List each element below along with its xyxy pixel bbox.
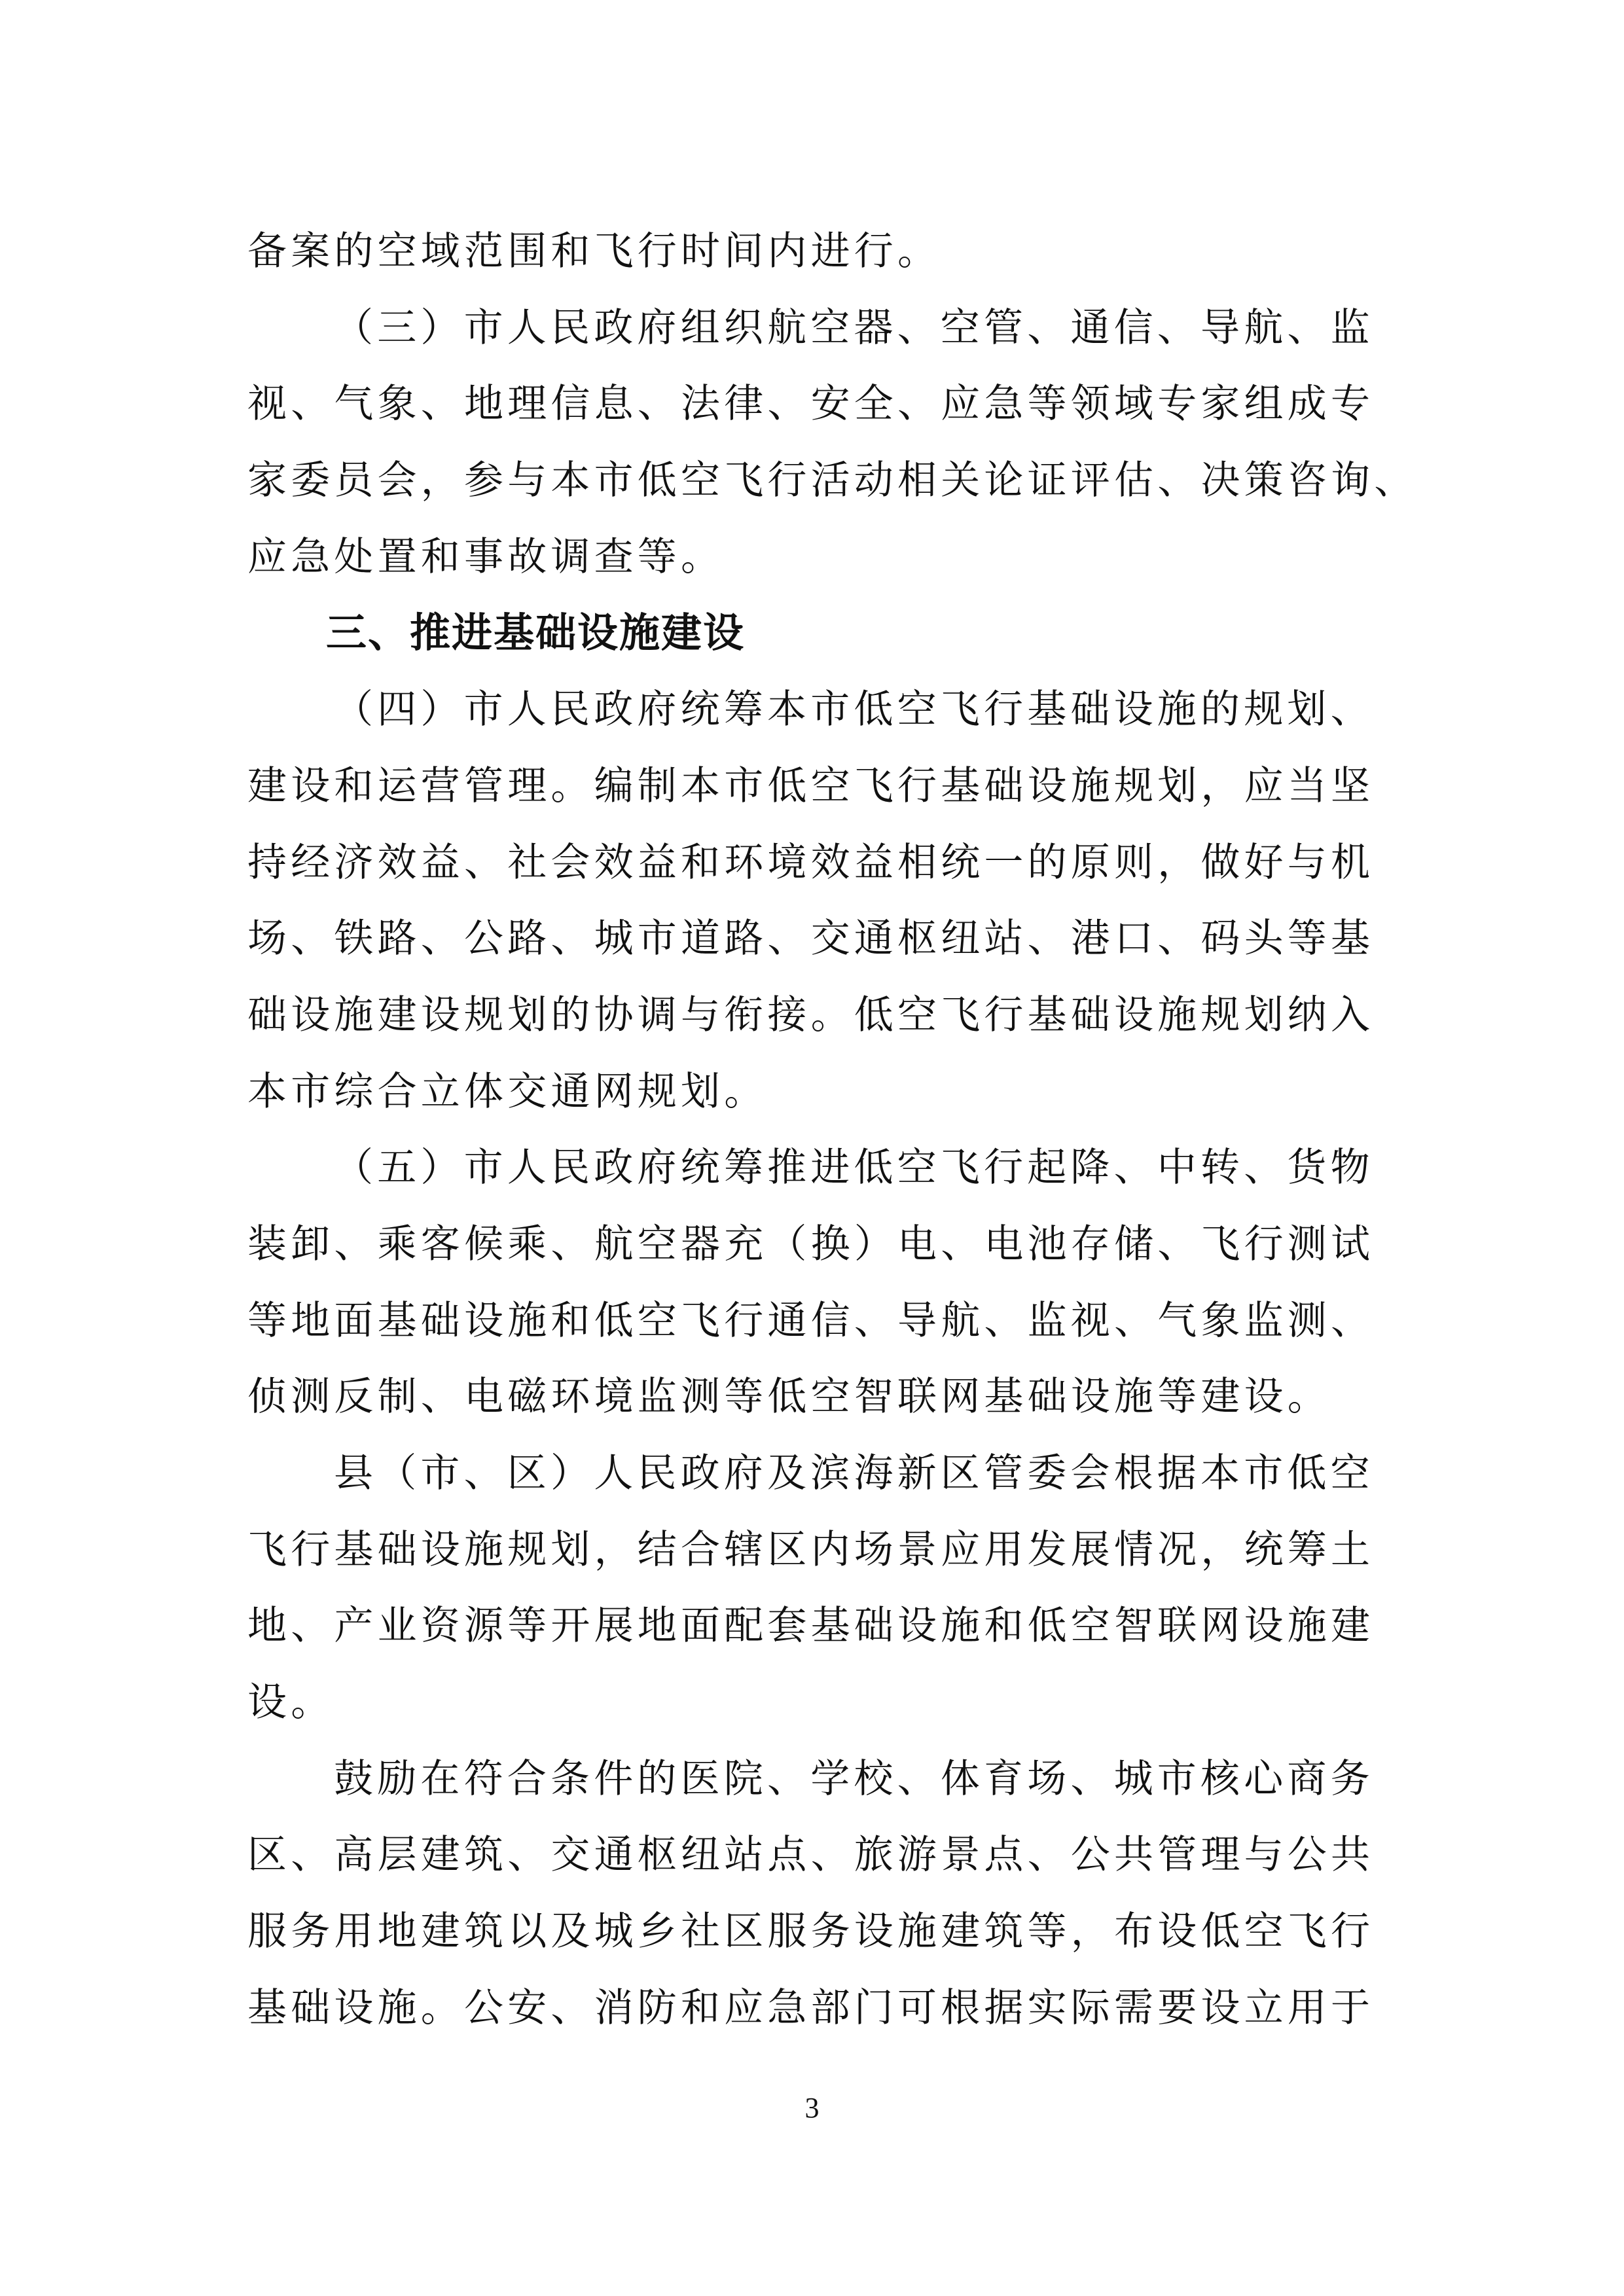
paragraph-line: 等地面基础设施和低空飞行通信、导航、监视、气象监测、	[247, 1283, 1375, 1359]
paragraph-line: 基础设施。公安、消防和应急部门可根据实际需要设立用于	[247, 1970, 1375, 2047]
paragraph-line: 应急处置和事故调查等。	[247, 519, 1375, 596]
document-page: 备案的空域范围和飞行时间内进行。 （三）市人民政府组织航空器、空管、通信、导航、…	[0, 0, 1624, 2296]
paragraph-line: 备案的空域范围和飞行时间内进行。	[247, 213, 1375, 290]
paragraph-5-line-first: （五）市人民政府统筹推进低空飞行起降、中转、货物	[247, 1130, 1375, 1206]
document-body: 备案的空域范围和飞行时间内进行。 （三）市人民政府组织航空器、空管、通信、导航、…	[247, 213, 1375, 2047]
paragraph-line: 区、高层建筑、交通枢纽站点、旅游景点、公共管理与公共	[247, 1817, 1375, 1893]
section-heading: 三、推进基础设施建设	[247, 595, 1375, 672]
paragraph-encourage-line-first: 鼓励在符合条件的医院、学校、体育场、城市核心商务	[247, 1741, 1375, 1818]
paragraph-line: 视、气象、地理信息、法律、安全、应急等领域专家组成专	[247, 366, 1375, 442]
paragraph-county-line-first: 县（市、区）人民政府及滨海新区管委会根据本市低空	[247, 1435, 1375, 1512]
paragraph-line: 本市综合立体交通网规划。	[247, 1054, 1375, 1130]
paragraph-line: 飞行基础设施规划，结合辖区内场景应用发展情况，统筹土	[247, 1512, 1375, 1588]
paragraph-line: 场、铁路、公路、城市道路、交通枢纽站、港口、码头等基	[247, 901, 1375, 977]
paragraph-line: 地、产业资源等开展地面配套基础设施和低空智联网设施建	[247, 1588, 1375, 1664]
paragraph-line: 服务用地建筑以及城乡社区服务设施建筑等，布设低空飞行	[247, 1893, 1375, 1970]
paragraph-line: 持经济效益、社会效益和环境效益相统一的原则，做好与机	[247, 825, 1375, 901]
paragraph-line: 家委员会，参与本市低空飞行活动相关论证评估、决策咨询、	[247, 442, 1375, 519]
page-number: 3	[0, 2091, 1624, 2125]
paragraph-3-line-first: （三）市人民政府组织航空器、空管、通信、导航、监	[247, 290, 1375, 367]
paragraph-line: 础设施建设规划的协调与衔接。低空飞行基础设施规划纳入	[247, 977, 1375, 1054]
paragraph-line: 设。	[247, 1664, 1375, 1741]
paragraph-line: 建设和运营管理。编制本市低空飞行基础设施规划，应当坚	[247, 748, 1375, 825]
paragraph-4-line-first: （四）市人民政府统筹本市低空飞行基础设施的规划、	[247, 672, 1375, 748]
paragraph-line: 装卸、乘客候乘、航空器充（换）电、电池存储、飞行测试	[247, 1206, 1375, 1283]
paragraph-line: 侦测反制、电磁环境监测等低空智联网基础设施等建设。	[247, 1359, 1375, 1435]
